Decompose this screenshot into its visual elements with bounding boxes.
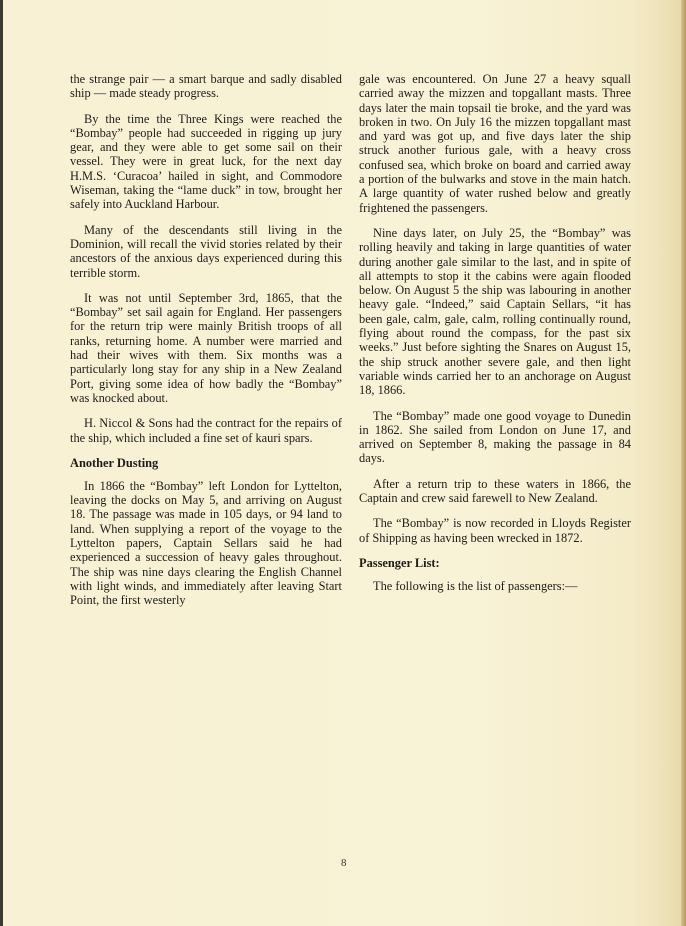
paragraph: gale was encountered. On June 27 a heavy… <box>359 72 631 215</box>
section-heading-another-dusting: Another Dusting <box>70 456 342 470</box>
paragraph: The following is the list of passengers:… <box>359 579 631 593</box>
section-heading-passenger-list: Passenger List: <box>359 556 631 570</box>
paragraph: The “Bombay” is now recorded in Lloyds R… <box>359 516 631 545</box>
page-number: 8 <box>341 857 347 869</box>
paragraph: It was not until September 3rd, 1865, th… <box>70 291 342 405</box>
paragraph: Nine days later, on July 25, the “Bombay… <box>359 226 631 398</box>
paragraph: the strange pair — a smart barque and sa… <box>70 72 342 101</box>
document-page: the strange pair — a smart barque and sa… <box>3 0 686 926</box>
right-text-column: gale was encountered. On June 27 a heavy… <box>359 72 631 604</box>
paragraph: Many of the descendants still living in … <box>70 223 342 280</box>
left-text-column: the strange pair — a smart barque and sa… <box>70 72 342 619</box>
paragraph: H. Niccol & Sons had the contract for th… <box>70 416 342 445</box>
paragraph: The “Bombay” made one good voyage to Dun… <box>359 409 631 466</box>
paragraph: By the time the Three Kings were reached… <box>70 112 342 212</box>
paragraph: In 1866 the “Bombay” left London for Lyt… <box>70 479 342 608</box>
page-binding-edge <box>681 0 686 926</box>
paragraph: After a return trip to these waters in 1… <box>359 477 631 506</box>
